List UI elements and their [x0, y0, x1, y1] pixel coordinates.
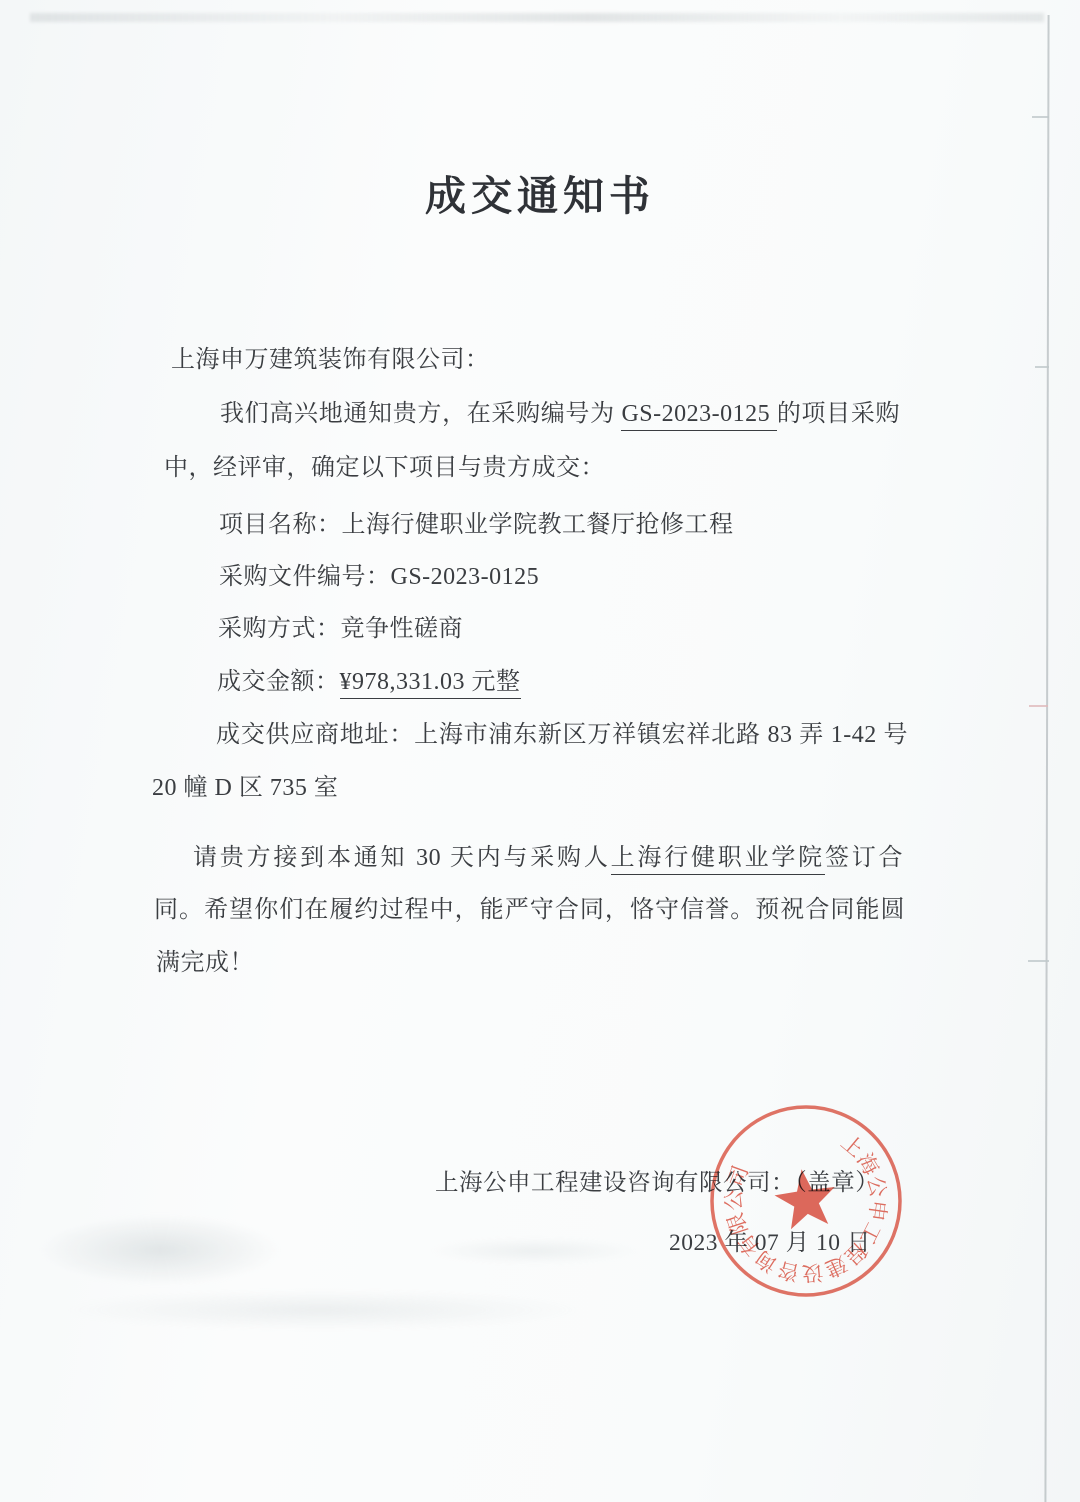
- amount-value-underlined: ¥978,331.03 元整: [340, 669, 521, 699]
- procurement-method-line: 采购方式：竞争性磋商: [218, 616, 463, 642]
- svg-text:设: 设: [801, 1260, 824, 1286]
- scan-tick-mark: [1035, 366, 1049, 368]
- award-amount-line: 成交金额：¥978,331.03 元整: [217, 669, 521, 695]
- scan-top-smudge: [30, 13, 1044, 22]
- svg-text:申: 申: [864, 1199, 891, 1223]
- scan-paper-edge-line: [1044, 15, 1049, 1502]
- supplier-address-line2: 20 幢 D 区 735 室: [152, 775, 338, 801]
- award-notice-document: 成交通知书 上海申万建筑装饰有限公司： 我们高兴地通知贵方，在采购编号为 GS-…: [0, 0, 1080, 1502]
- svg-text:公: 公: [863, 1174, 891, 1199]
- paragraph1-line1: 我们高兴地通知贵方，在采购编号为 GS-2023-0125 的项目采购: [220, 401, 900, 427]
- paragraph1-text: 我们高兴地通知贵方，在采购编号为: [220, 401, 621, 427]
- amount-label: 成交金额：: [217, 669, 340, 695]
- paragraph1-text-tail: 的项目采购: [777, 401, 900, 427]
- svg-text:司: 司: [723, 1162, 753, 1190]
- svg-text:公: 公: [722, 1189, 746, 1210]
- project-name-line: 项目名称：上海行健职业学院教工餐厅抢修工程: [219, 512, 734, 538]
- recipient-line: 上海申万建筑装饰有限公司：: [171, 347, 490, 373]
- scan-noise-blob: [40, 1215, 280, 1285]
- scan-noise-blob: [430, 1238, 640, 1264]
- closing-line1: 请贵方接到本通知 30 天内与采购人上海行健职业学院签订合: [193, 845, 903, 871]
- document-title: 成交通知书: [0, 174, 1080, 218]
- closing-text: 请贵方接到本通知 30 天内与采购人: [193, 845, 611, 871]
- company-seal-stamp: 上海公申工程建设咨询有限公司: [706, 1101, 906, 1301]
- closing-text-tail: 签订合: [825, 845, 903, 871]
- scan-tick-mark: [1029, 705, 1048, 707]
- procurement-number-underlined: GS-2023-0125: [621, 401, 776, 431]
- scan-tick-mark: [1028, 960, 1049, 962]
- supplier-address-line1: 成交供应商地址：上海市浦东新区万祥镇宏祥北路 83 弄 1-42 号: [216, 722, 908, 748]
- closing-line3: 满完成！: [156, 950, 254, 976]
- scan-tick-mark: [1032, 116, 1049, 118]
- paragraph1-line2: 中，经评审，确定以下项目与贵方成交：: [164, 455, 605, 481]
- doc-number-line: 采购文件编号：GS-2023-0125: [219, 564, 539, 590]
- scan-noise-blob: [60, 1290, 580, 1330]
- purchaser-name-underlined: 上海行健职业学院: [611, 845, 825, 875]
- scanned-document-page: { "document": { "title": "成交通知书", "recip…: [0, 0, 1080, 1502]
- closing-line2: 同。希望你们在履约过程中，能严守合同，恪守信誉。预祝合同能圆: [154, 897, 905, 923]
